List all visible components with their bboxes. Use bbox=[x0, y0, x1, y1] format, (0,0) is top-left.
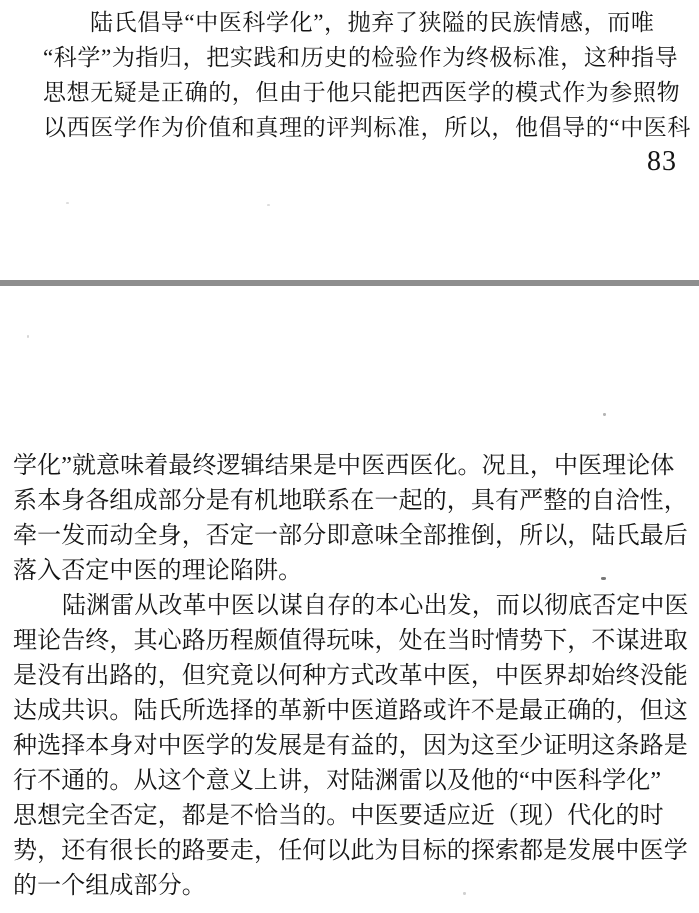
text-line: 陆氏倡导“中医科学化”，抛弃了狭隘的民族情感，而唯 bbox=[43, 5, 691, 40]
text-line: 的一个组成部分。 bbox=[13, 869, 689, 904]
text-line: 理论告终，其心路历程颇值得玩味，处在当时情势下，不谋进取 bbox=[13, 624, 689, 659]
text-line: 牵一发而动全身，否定一部分即意味全部推倒，所以，陆氏最后 bbox=[13, 519, 689, 554]
text-line: 种选择本身对中医学的发展是有益的，因为这至少证明这条路是 bbox=[13, 729, 689, 764]
text-line: 势，还有很长的路要走，任何以此为目标的探索都是发展中医学 bbox=[13, 834, 689, 869]
page-number: 83 bbox=[647, 146, 677, 178]
text-line: 学化”就意味着最终逻辑结果是中医西医化。况且，中医理论体 bbox=[13, 449, 689, 484]
scan-speck bbox=[27, 335, 29, 338]
page-bottom-scan-text: 学化”就意味着最终逻辑结果是中医西医化。况且，中医理论体 系本身各组成部分是有机… bbox=[13, 449, 689, 904]
text-line: 陆渊雷从改革中医以谋自存的本心出发，而以彻底否定中医 bbox=[13, 589, 689, 624]
text-line: 思想无疑是正确的，但由于他只能把西医学的模式作为参照物 bbox=[43, 75, 691, 110]
page-divider-band bbox=[0, 280, 699, 286]
scan-speck bbox=[463, 892, 466, 895]
scan-speck bbox=[267, 204, 270, 206]
text-line: 达成共识。陆氏所选择的革新中医道路或许不是最正确的，但这 bbox=[13, 694, 689, 729]
text-line: 系本身各组成部分是有机地联系在一起的，具有严整的自洽性， bbox=[13, 484, 689, 519]
text-line: 落入否定中医的理论陷阱。 bbox=[13, 554, 689, 589]
text-line: “科学”为指归，把实践和历史的检验作为终极标准，这种指导 bbox=[43, 40, 691, 75]
scan-speck bbox=[601, 577, 606, 580]
text-line: 思想完全否定，都是不恰当的。中医要适应近（现）代化的时 bbox=[13, 799, 689, 834]
text-line: 是没有出路的，但究竟以何种方式改革中医，中医界却始终没能 bbox=[13, 659, 689, 694]
scan-speck bbox=[603, 413, 606, 416]
page-top-scan-text: 陆氏倡导“中医科学化”，抛弃了狭隘的民族情感，而唯 “科学”为指归，把实践和历史… bbox=[43, 5, 691, 145]
text-line: 以西医学作为价值和真理的评判标准，所以，他倡导的“中医科 bbox=[43, 110, 691, 145]
scan-speck bbox=[66, 202, 69, 204]
text-line: 行不通的。从这个意义上讲，对陆渊雷以及他的“中医科学化” bbox=[13, 764, 689, 799]
